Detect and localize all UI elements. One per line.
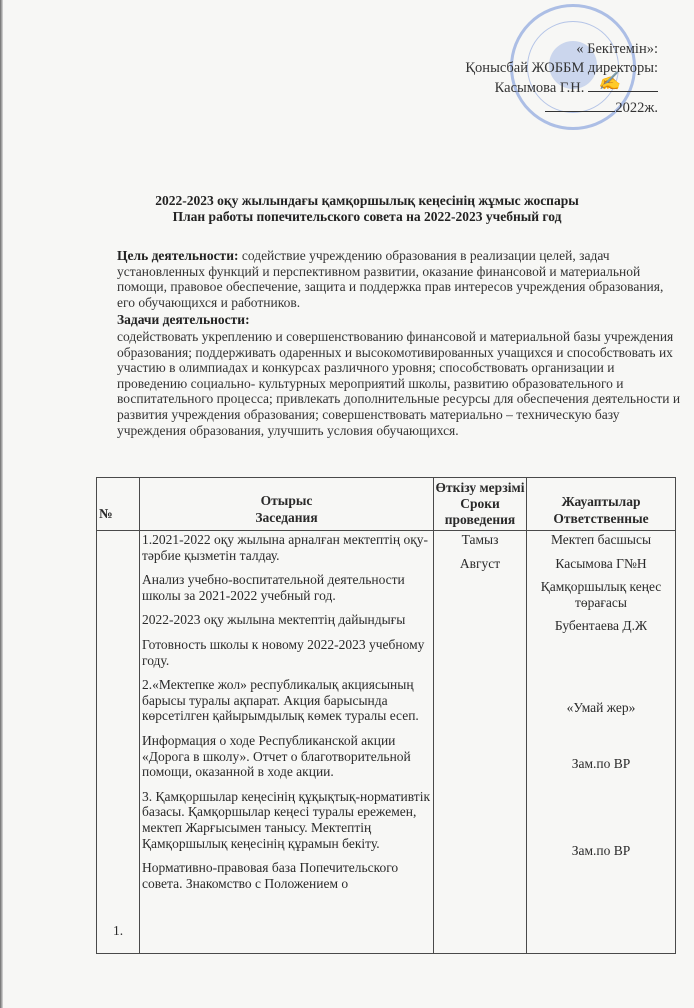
header-resp-ru: Ответственные xyxy=(527,510,675,527)
signature-icon: ✍ xyxy=(598,72,620,91)
header-session-kz: Отырыс xyxy=(140,492,433,509)
session-item: Анализ учебно-воспитательной деятельност… xyxy=(140,572,433,603)
session-item: Информация о ходе Республиканской акции … xyxy=(140,733,433,780)
approval-position: Қонысбай ЖОББМ директоры: xyxy=(465,59,658,78)
responsible-item: Касымова Г№Н xyxy=(527,556,675,572)
approval-name-line: Касымова Г.Н. ✍ xyxy=(465,78,658,98)
date-kz: Тамыз xyxy=(434,532,526,548)
responsible-item: Зам.по ВР xyxy=(527,843,675,859)
signature-line: ✍ xyxy=(588,78,658,92)
session-item: 1.2021-2022 оқу жылына арналған мектепті… xyxy=(140,532,433,563)
row-session: 1.2021-2022 оқу жылына арналған мектепті… xyxy=(140,531,434,954)
session-item: Готовность школы к новому 2022-2023 учеб… xyxy=(140,637,433,668)
header-num: № xyxy=(97,478,140,531)
document-title: 2022-2023 оқу жылындағы қамқоршылық кеңе… xyxy=(0,193,694,225)
date-ru: Август xyxy=(434,556,526,572)
session-item: Нормативно-правовая база Попечительского… xyxy=(140,860,433,891)
row-responsible: Мектеп басшысы Касымова Г№Н Қамқоршылық … xyxy=(527,531,676,954)
goal-paragraph: Цель деятельности: содействие учреждению… xyxy=(117,248,682,310)
approval-date-line: 2022ж. xyxy=(465,98,658,118)
title-kz: 2022-2023 оқу жылындағы қамқоршылық кеңе… xyxy=(0,193,694,209)
session-item: 2.«Мектепке жол» республикалық акциясыны… xyxy=(140,677,433,724)
row-date: Тамыз Август xyxy=(434,531,527,954)
approval-block: « Бекітемін»: Қонысбай ЖОББМ директоры: … xyxy=(465,40,658,118)
session-item: 3. Қамқоршылар кеңесінің құқықтық-нормат… xyxy=(140,789,433,851)
responsible-item: «Умай жер» xyxy=(527,700,675,716)
approval-name: Касымова Г.Н. xyxy=(495,80,585,96)
scan-edge xyxy=(0,0,3,1008)
header-responsible: Жауаптылар Ответственные xyxy=(527,478,676,531)
header-date-ru1: Сроки xyxy=(434,496,526,512)
header-resp-kz: Жауаптылар xyxy=(527,493,675,510)
plan-table: № Отырыс Заседания Өткізу мерзімі Сроки … xyxy=(96,477,676,954)
responsible-item: Қамқоршылық кеңес төрағасы xyxy=(527,579,675,610)
header-session: Отырыс Заседания xyxy=(140,478,434,531)
row-num: 1. xyxy=(97,531,140,954)
responsible-item: Зам.по ВР xyxy=(527,756,675,772)
title-ru: План работы попечительского совета на 20… xyxy=(0,209,694,225)
header-date: Өткізу мерзімі Сроки проведения xyxy=(434,478,527,531)
header-date-ru2: проведения xyxy=(434,512,526,528)
date-blank xyxy=(545,98,615,112)
responsible-item: Мектеп басшысы xyxy=(527,532,675,548)
header-session-ru: Заседания xyxy=(140,509,433,526)
table-row: 1. 1.2021-2022 оқу жылына арналған мекте… xyxy=(97,531,676,954)
approval-date: 2022ж. xyxy=(615,100,658,116)
responsible-item: Бубентаева Д.Ж xyxy=(527,618,675,634)
tasks-label: Задачи деятельности: xyxy=(117,312,250,328)
header-date-kz: Өткізу мерзімі xyxy=(434,480,526,496)
goal-label: Цель деятельности: xyxy=(117,248,238,263)
table-header-row: № Отырыс Заседания Өткізу мерзімі Сроки … xyxy=(97,478,676,531)
session-item: 2022-2023 оқу жылына мектептің дайындығы xyxy=(140,612,433,628)
tasks-text: содействовать укреплению и совершенствов… xyxy=(117,329,687,438)
approval-heading: « Бекітемін»: xyxy=(465,40,658,59)
